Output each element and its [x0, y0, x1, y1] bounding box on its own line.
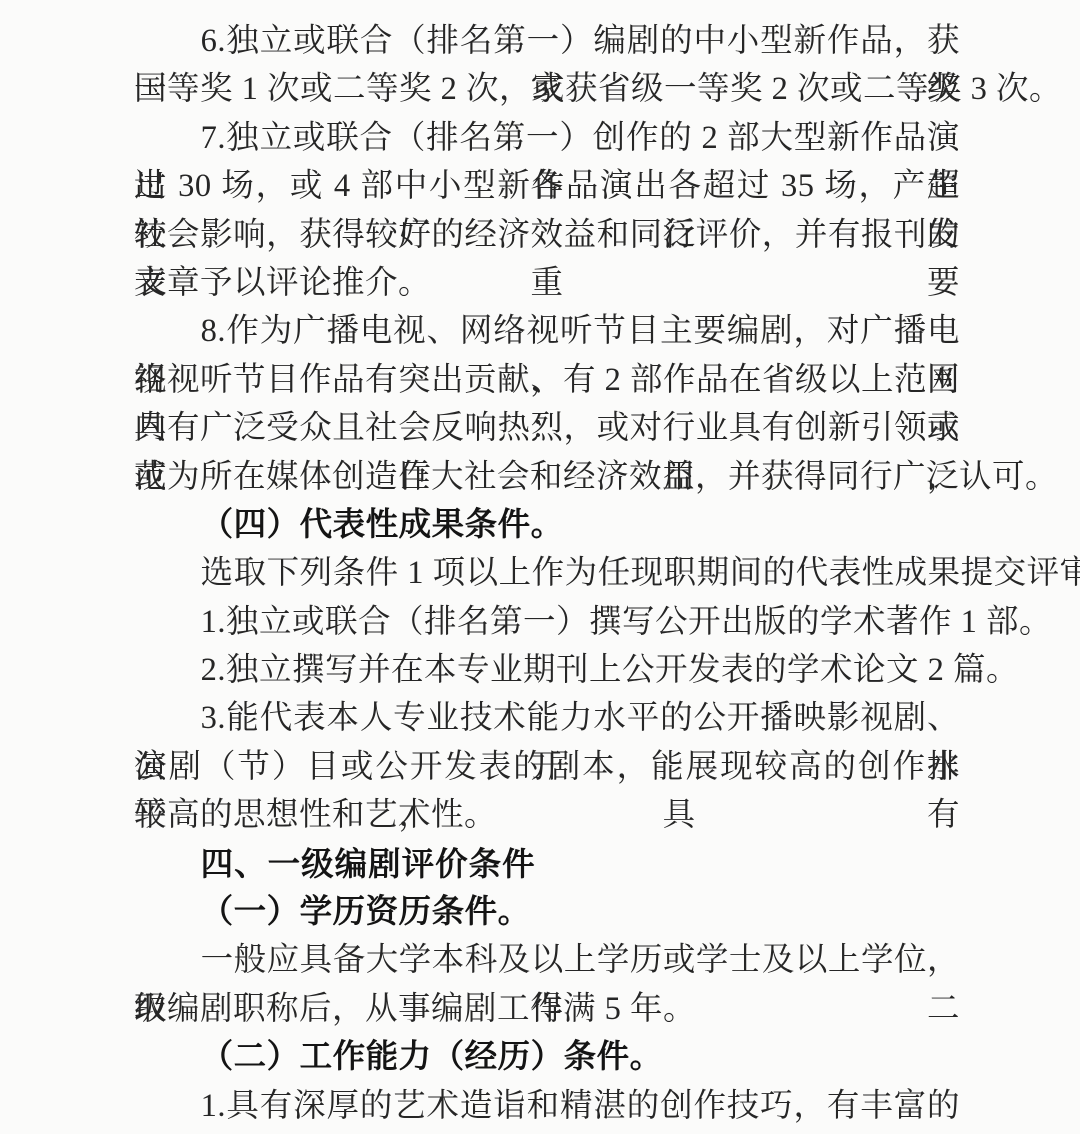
- text-line: 1.具有深厚的艺术造诣和精湛的创作技巧，有丰富的艺术实: [134, 1082, 960, 1130]
- text-line: 过 30 场，或 4 部中小型新作品演出各超过 35 场，产生较广泛的: [134, 162, 960, 210]
- document-page: 6.独立或联合（排名第一）编剧的中小型新作品，获国家级一等奖 1 次或二等奖 2…: [0, 0, 1080, 1134]
- heading-line: 四、一级编剧评价条件: [134, 840, 960, 888]
- heading-line: （二）工作能力（经历）条件。: [134, 1033, 960, 1081]
- text-line: 或为所在媒体创造巨大社会和经济效益，并获得同行广泛认可。: [134, 453, 960, 501]
- text-line: 社会影响，获得较好的经济效益和同行评价，并有报刊发表重要: [134, 211, 960, 259]
- text-line: 3.能代表本人专业技术能力水平的公开播映影视剧、公开排: [134, 694, 960, 742]
- text-line: 1.独立或联合（排名第一）撰写公开出版的学术著作 1 部。: [134, 598, 960, 646]
- heading-line: （四）代表性成果条件。: [134, 501, 960, 549]
- text-line: 具有广泛受众且社会反响热烈，或对行业具有创新引领示范作用，: [134, 404, 960, 452]
- text-line: 一等奖 1 次或二等奖 2 次，或获省级一等奖 2 次或二等奖 3 次。: [134, 65, 960, 113]
- text-line: 演剧（节）目或公开发表的剧本，能展现较高的创作水平，具有: [134, 743, 960, 791]
- text-line: 6.独立或联合（排名第一）编剧的中小型新作品，获国家级: [134, 17, 960, 65]
- text-line: 2.独立撰写并在本专业期刊上公开发表的学术论文 2 篇。: [134, 646, 960, 694]
- heading-line: （一）学历资历条件。: [134, 888, 960, 936]
- text-line: 一般应具备大学本科及以上学历或学士及以上学位，取得二: [134, 936, 960, 984]
- text-line: 7.独立或联合（排名第一）创作的 2 部大型新作品演出各超: [134, 114, 960, 162]
- text-line: 选取下列条件 1 项以上作为任现职期间的代表性成果提交评审：: [134, 549, 960, 597]
- text-line: 8.作为广播电视、网络视听节目主要编剧，对广播电视、网: [134, 307, 960, 355]
- document-text: 6.独立或联合（排名第一）编剧的中小型新作品，获国家级一等奖 1 次或二等奖 2…: [134, 17, 960, 1130]
- text-line: 络视听节目作品有突出贡献，有 2 部作品在省级以上范围内：或: [134, 356, 960, 404]
